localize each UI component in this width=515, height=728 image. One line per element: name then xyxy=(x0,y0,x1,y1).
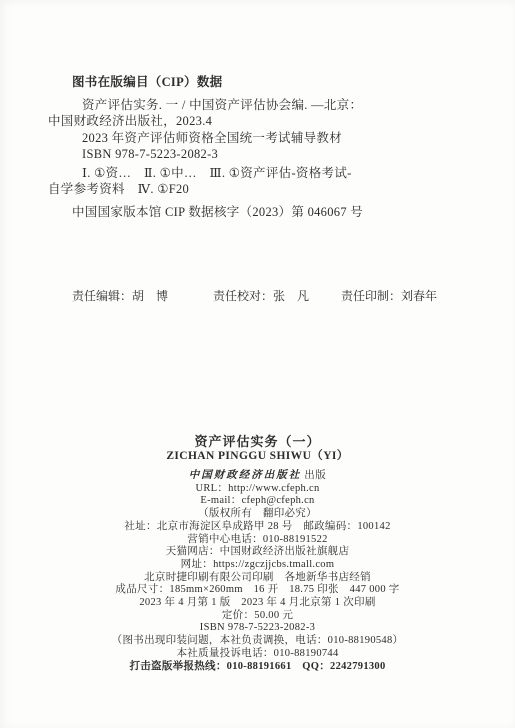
cip-classification-line-1: Ⅰ. ①资… Ⅱ. ①中… Ⅲ. ①资产评估-资格考试- xyxy=(48,165,440,182)
cip-series-line: 2023 年资产评估师资格全国统一考试辅导教材 xyxy=(48,130,440,147)
antipiracy-hotline: 打击盗版举报热线：010-88191661 QQ：2242791300 xyxy=(0,661,515,674)
book-title: 资产评估实务（一） xyxy=(0,434,515,449)
cip-heading: 图书在版编目（CIP）数据 xyxy=(72,74,440,91)
printing-distribution: 北京时捷印刷有限公司印刷 各地新华书店经销 xyxy=(0,572,515,585)
quality-hotline: 本社质量投诉电话：010-88190744 xyxy=(0,648,515,661)
cip-isbn-line: ISBN 978-7-5223-2082-3 xyxy=(48,146,440,163)
publisher-suffix: 出版 xyxy=(304,470,326,481)
cip-data-block: 图书在版编目（CIP）数据 资产评估实务. 一 / 中国资产评估协会编. —北京… xyxy=(48,74,440,220)
responsible-proofreader: 责任校对：张 凡 xyxy=(213,287,309,304)
price: 定价：50.00 元 xyxy=(0,610,515,623)
responsible-printer: 责任印制：刘春年 xyxy=(341,287,437,304)
cip-bibliographic-line-1: 资产评估实务. 一 / 中国资产评估协会编. —北京： xyxy=(48,97,440,114)
colophon-block: 资产评估实务（一） ZICHAN PINGGU SHIWU（YI） 中国财政经济… xyxy=(0,434,515,673)
format-spec: 成品尺寸：185mm×260mm 16 开 18.75 印张 447 000 字 xyxy=(0,584,515,597)
cip-classification-line-2: 自学参考资料 Ⅳ. ①F20 xyxy=(48,181,440,198)
responsible-editor: 责任编辑：胡 博 xyxy=(72,287,168,304)
publisher-email: E-mail：cfeph@cfeph.cn xyxy=(0,495,515,508)
publisher-url: URL：http://www.cfeph.cn xyxy=(0,483,515,496)
shop-website: 网址：https://zgczjjcbs.tmall.com xyxy=(0,559,515,572)
edition-info: 2023 年 4 月第 1 版 2023 年 4 月北京第 1 次印刷 xyxy=(0,597,515,610)
cip-bibliographic-line-2: 中国财政经济出版社，2023.4 xyxy=(48,113,440,130)
tmall-shop: 天猫网店：中国财政经济出版社旗舰店 xyxy=(0,546,515,559)
marketing-phone: 营销中心电话：010-88191522 xyxy=(0,534,515,547)
publisher-name: 中国财政经济出版社 xyxy=(189,470,302,481)
book-title-pinyin: ZICHAN PINGGU SHIWU（YI） xyxy=(0,449,515,464)
copyright-page: 图书在版编目（CIP）数据 资产评估实务. 一 / 中国资产评估协会编. —北京… xyxy=(0,0,515,728)
cip-record-number-line: 中国国家版本馆 CIP 数据核字（2023）第 046067 号 xyxy=(48,204,440,221)
publisher-line: 中国财政经济出版社 出版 xyxy=(0,470,515,483)
isbn: ISBN 978-7-5223-2082-3 xyxy=(0,622,515,635)
exchange-note: （图书出现印装问题，本社负责调换，电话：010-88190548） xyxy=(0,635,515,648)
copyright-notice: （版权所有 翻印必究） xyxy=(0,508,515,521)
publisher-address: 社址：北京市海淀区阜成路甲 28 号 邮政编码：100142 xyxy=(0,521,515,534)
staff-credits-row: 责任编辑：胡 博 责任校对：张 凡 责任印制：刘春年 xyxy=(0,287,515,301)
